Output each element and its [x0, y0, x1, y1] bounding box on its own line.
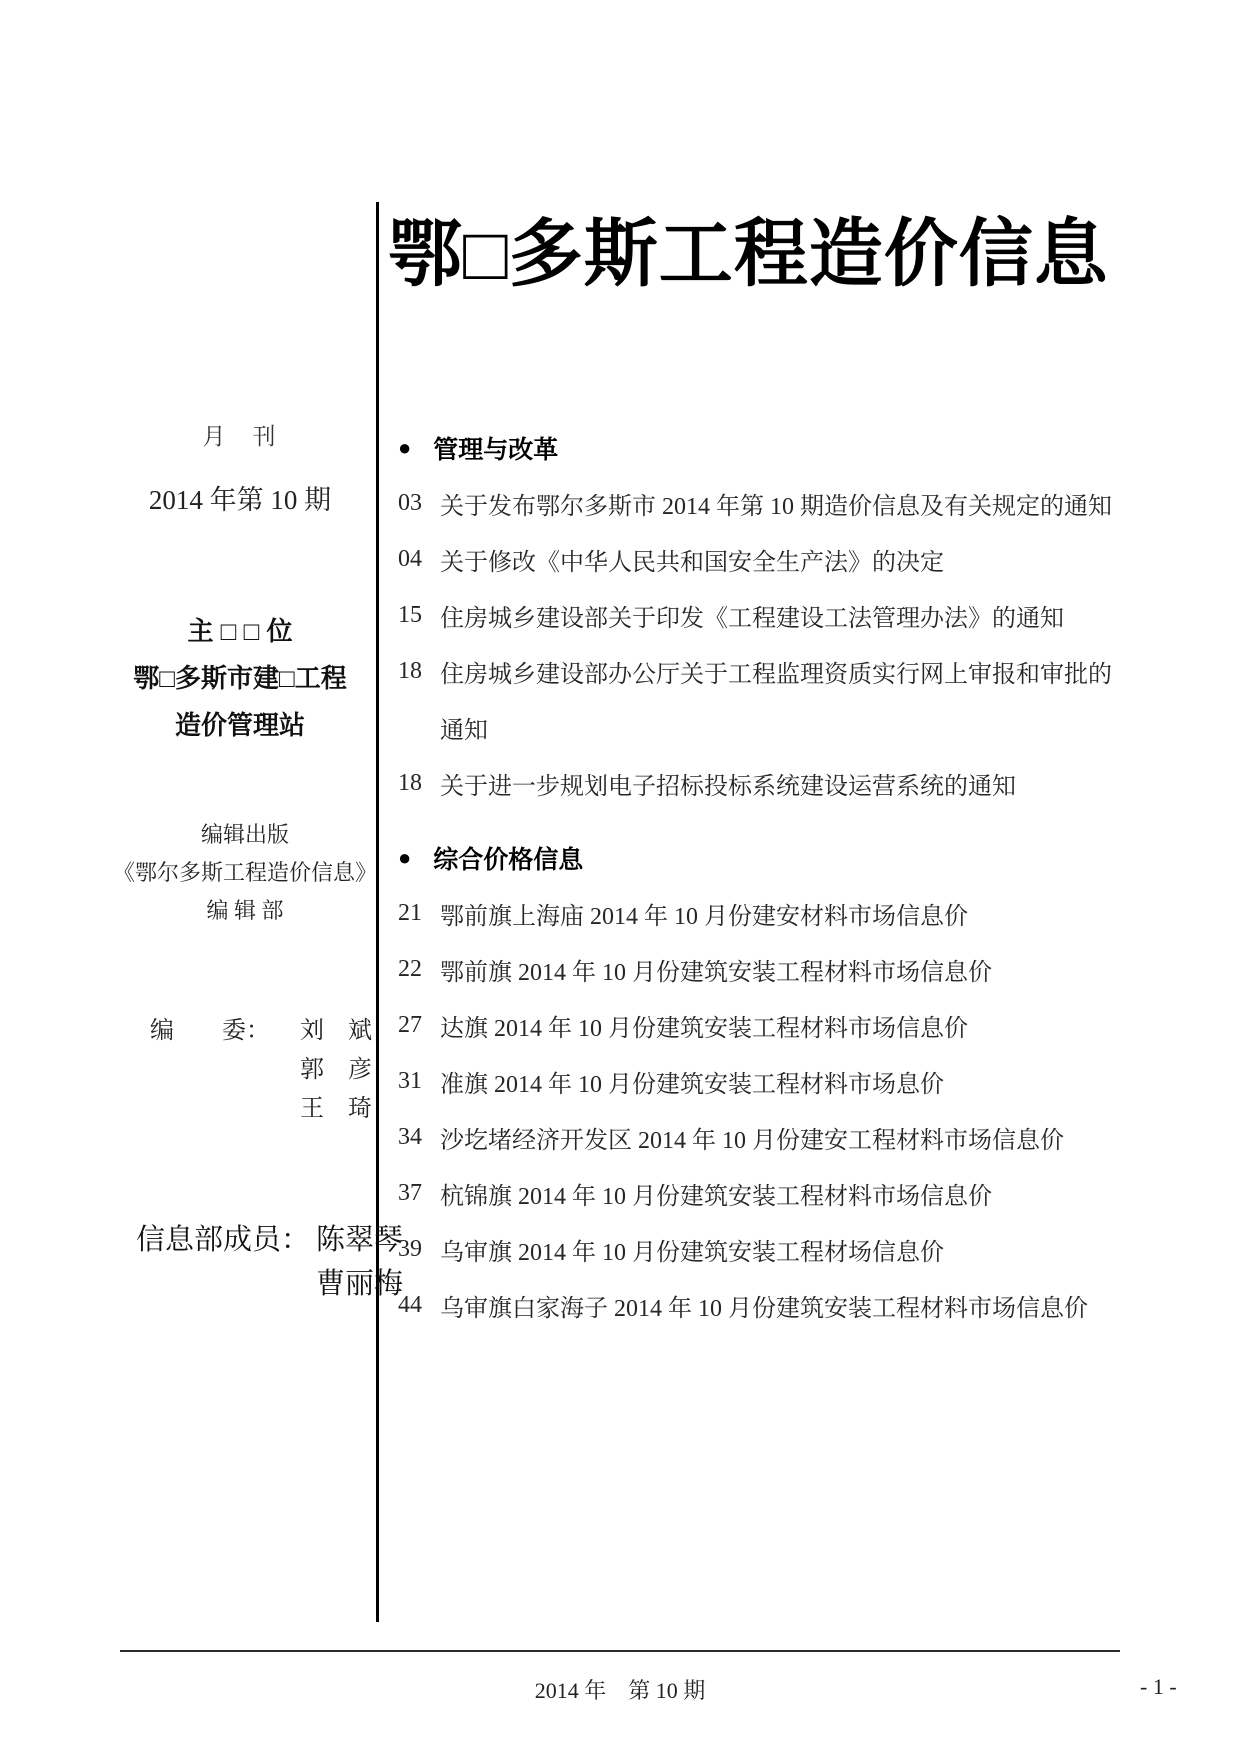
sponsor-name-line1: 鄂□多斯市建□工程	[105, 655, 375, 702]
sponsor-block: 主 □ □ 位 鄂□多斯市建□工程 造价管理站	[105, 608, 375, 749]
toc-item-page: 03	[398, 490, 440, 517]
editorial-member: 刘 斌	[300, 1012, 372, 1051]
toc-section-header-prices: ● 综合价格信息	[398, 830, 1158, 885]
editorial-board-block: 编 委： 刘 斌 郭 彦 王 琦	[150, 1012, 390, 1129]
toc-item-text: 准旗 2014 年 10 月份建筑安装工程材料市场息价	[440, 1064, 944, 1099]
toc-item: 27 达旗 2014 年 10 月份建筑安装工程材料市场信息价	[398, 997, 1158, 1053]
toc-item: 22 鄂前旗 2014 年 10 月份建筑安装工程材料市场信息价	[398, 941, 1158, 997]
toc-item-text: 杭锦旗 2014 年 10 月份建筑安装工程材料市场信息价	[440, 1176, 992, 1211]
toc-item-page: 39	[398, 1236, 440, 1263]
info-department-members: 陈翠琴 曹丽梅	[316, 1218, 403, 1306]
page-title: 鄂□多斯工程造价信息	[388, 196, 1130, 314]
toc-item: 34 沙圪堵经济开发区 2014 年 10 月份建安工程材料市场信息价	[398, 1109, 1158, 1165]
publisher-block: 编辑出版 《鄂尔多斯工程造价信息》 编 辑 部	[105, 816, 385, 930]
footer-divider	[120, 1650, 1120, 1652]
info-member: 曹丽梅	[316, 1262, 403, 1306]
toc-item: 21 鄂前旗上海庙 2014 年 10 月份建安材料市场信息价	[398, 885, 1158, 941]
table-of-contents: ● 管理与改革 03 关于发布鄂尔多斯市 2014 年第 10 期造价信息及有关…	[398, 420, 1158, 1333]
toc-item-text: 鄂前旗上海庙 2014 年 10 月份建安材料市场信息价	[440, 896, 968, 931]
toc-item-page: 15	[398, 602, 440, 629]
toc-item-page: 31	[398, 1068, 440, 1095]
editorial-board-label: 编 委：	[150, 1012, 300, 1129]
sponsor-name-line2: 造价管理站	[105, 702, 375, 749]
toc-item-page: 04	[398, 546, 440, 573]
toc-item-text: 关于修改《中华人民共和国安全生产法》的决定	[440, 542, 944, 577]
toc-item: 15 住房城乡建设部关于印发《工程建设工法管理办法》的通知	[398, 587, 1158, 643]
footer-page-number: - 1 -	[1140, 1674, 1220, 1700]
toc-item: 18 住房城乡建设部办公厅关于工程监理资质实行网上审报和审批的	[398, 643, 1158, 699]
toc-item: 03 关于发布鄂尔多斯市 2014 年第 10 期造价信息及有关规定的通知	[398, 475, 1158, 531]
toc-item-text: 乌审旗白家海子 2014 年 10 月份建筑安装工程材料市场信息价	[440, 1288, 1088, 1323]
publisher-line1: 编辑出版	[105, 816, 385, 854]
toc-item-text: 关于进一步规划电子招标投标系统建设运营系统的通知	[440, 766, 1016, 801]
toc-item: 39 乌审旗 2014 年 10 月份建筑安装工程材场信息价	[398, 1221, 1158, 1277]
toc-item-text: 住房城乡建设部关于印发《工程建设工法管理办法》的通知	[440, 598, 1064, 633]
publisher-line3: 编 辑 部	[105, 892, 385, 930]
toc-item-text: 关于发布鄂尔多斯市 2014 年第 10 期造价信息及有关规定的通知	[440, 486, 1112, 521]
toc-item-page: 44	[398, 1292, 440, 1319]
toc-item-continuation: 通知	[398, 699, 1158, 755]
issue-number: 2014 年第 10 期	[110, 478, 370, 517]
journal-cover-page: 鄂□多斯工程造价信息 月 刊 2014 年第 10 期 主 □ □ 位 鄂□多斯…	[0, 0, 1240, 1754]
publisher-line2: 《鄂尔多斯工程造价信息》	[105, 854, 385, 892]
toc-item-page: 37	[398, 1180, 440, 1207]
toc-item-text: 通知	[440, 710, 488, 745]
toc-item-text: 达旗 2014 年 10 月份建筑安装工程材料市场信息价	[440, 1008, 968, 1043]
toc-section-header-management: ● 管理与改革	[398, 420, 1158, 475]
toc-item-page: 18	[398, 770, 440, 797]
toc-item-text: 住房城乡建设部办公厅关于工程监理资质实行网上审报和审批的	[440, 654, 1112, 689]
toc-item-page: 22	[398, 956, 440, 983]
info-department-label: 信息部成员：	[136, 1218, 310, 1306]
toc-section-title: 综合价格信息	[433, 840, 583, 876]
footer-issue-label: 2014 年 第 10 期	[120, 1674, 1120, 1705]
toc-item-page: 21	[398, 900, 440, 927]
toc-item-text: 乌审旗 2014 年 10 月份建筑安装工程材场信息价	[440, 1232, 944, 1267]
toc-section-title: 管理与改革	[433, 430, 558, 466]
toc-item: 44 乌审旗白家海子 2014 年 10 月份建筑安装工程材料市场信息价	[398, 1277, 1158, 1333]
editorial-board-members: 刘 斌 郭 彦 王 琦	[300, 1012, 372, 1129]
info-member: 陈翠琴	[316, 1218, 403, 1262]
toc-item-page: 18	[398, 658, 440, 685]
toc-item-text: 鄂前旗 2014 年 10 月份建筑安装工程材料市场信息价	[440, 952, 992, 987]
toc-item: 31 准旗 2014 年 10 月份建筑安装工程材料市场息价	[398, 1053, 1158, 1109]
toc-item-page: 27	[398, 1012, 440, 1039]
toc-item-page: 34	[398, 1124, 440, 1151]
toc-item: 04 关于修改《中华人民共和国安全生产法》的决定	[398, 531, 1158, 587]
section-bullet-icon: ●	[398, 437, 411, 459]
toc-item-text: 沙圪堵经济开发区 2014 年 10 月份建安工程材料市场信息价	[440, 1120, 1064, 1155]
sponsor-label: 主 □ □ 位	[105, 608, 375, 655]
info-department-block: 信息部成员： 陈翠琴 曹丽梅	[136, 1218, 436, 1306]
section-bullet-icon: ●	[398, 847, 411, 869]
editorial-member: 王 琦	[300, 1090, 372, 1129]
editorial-member: 郭 彦	[300, 1051, 372, 1090]
toc-item: 18 关于进一步规划电子招标投标系统建设运营系统的通知	[398, 755, 1158, 811]
toc-item: 37 杭锦旗 2014 年 10 月份建筑安装工程材料市场信息价	[398, 1165, 1158, 1221]
periodicity-label: 月 刊	[120, 418, 360, 451]
